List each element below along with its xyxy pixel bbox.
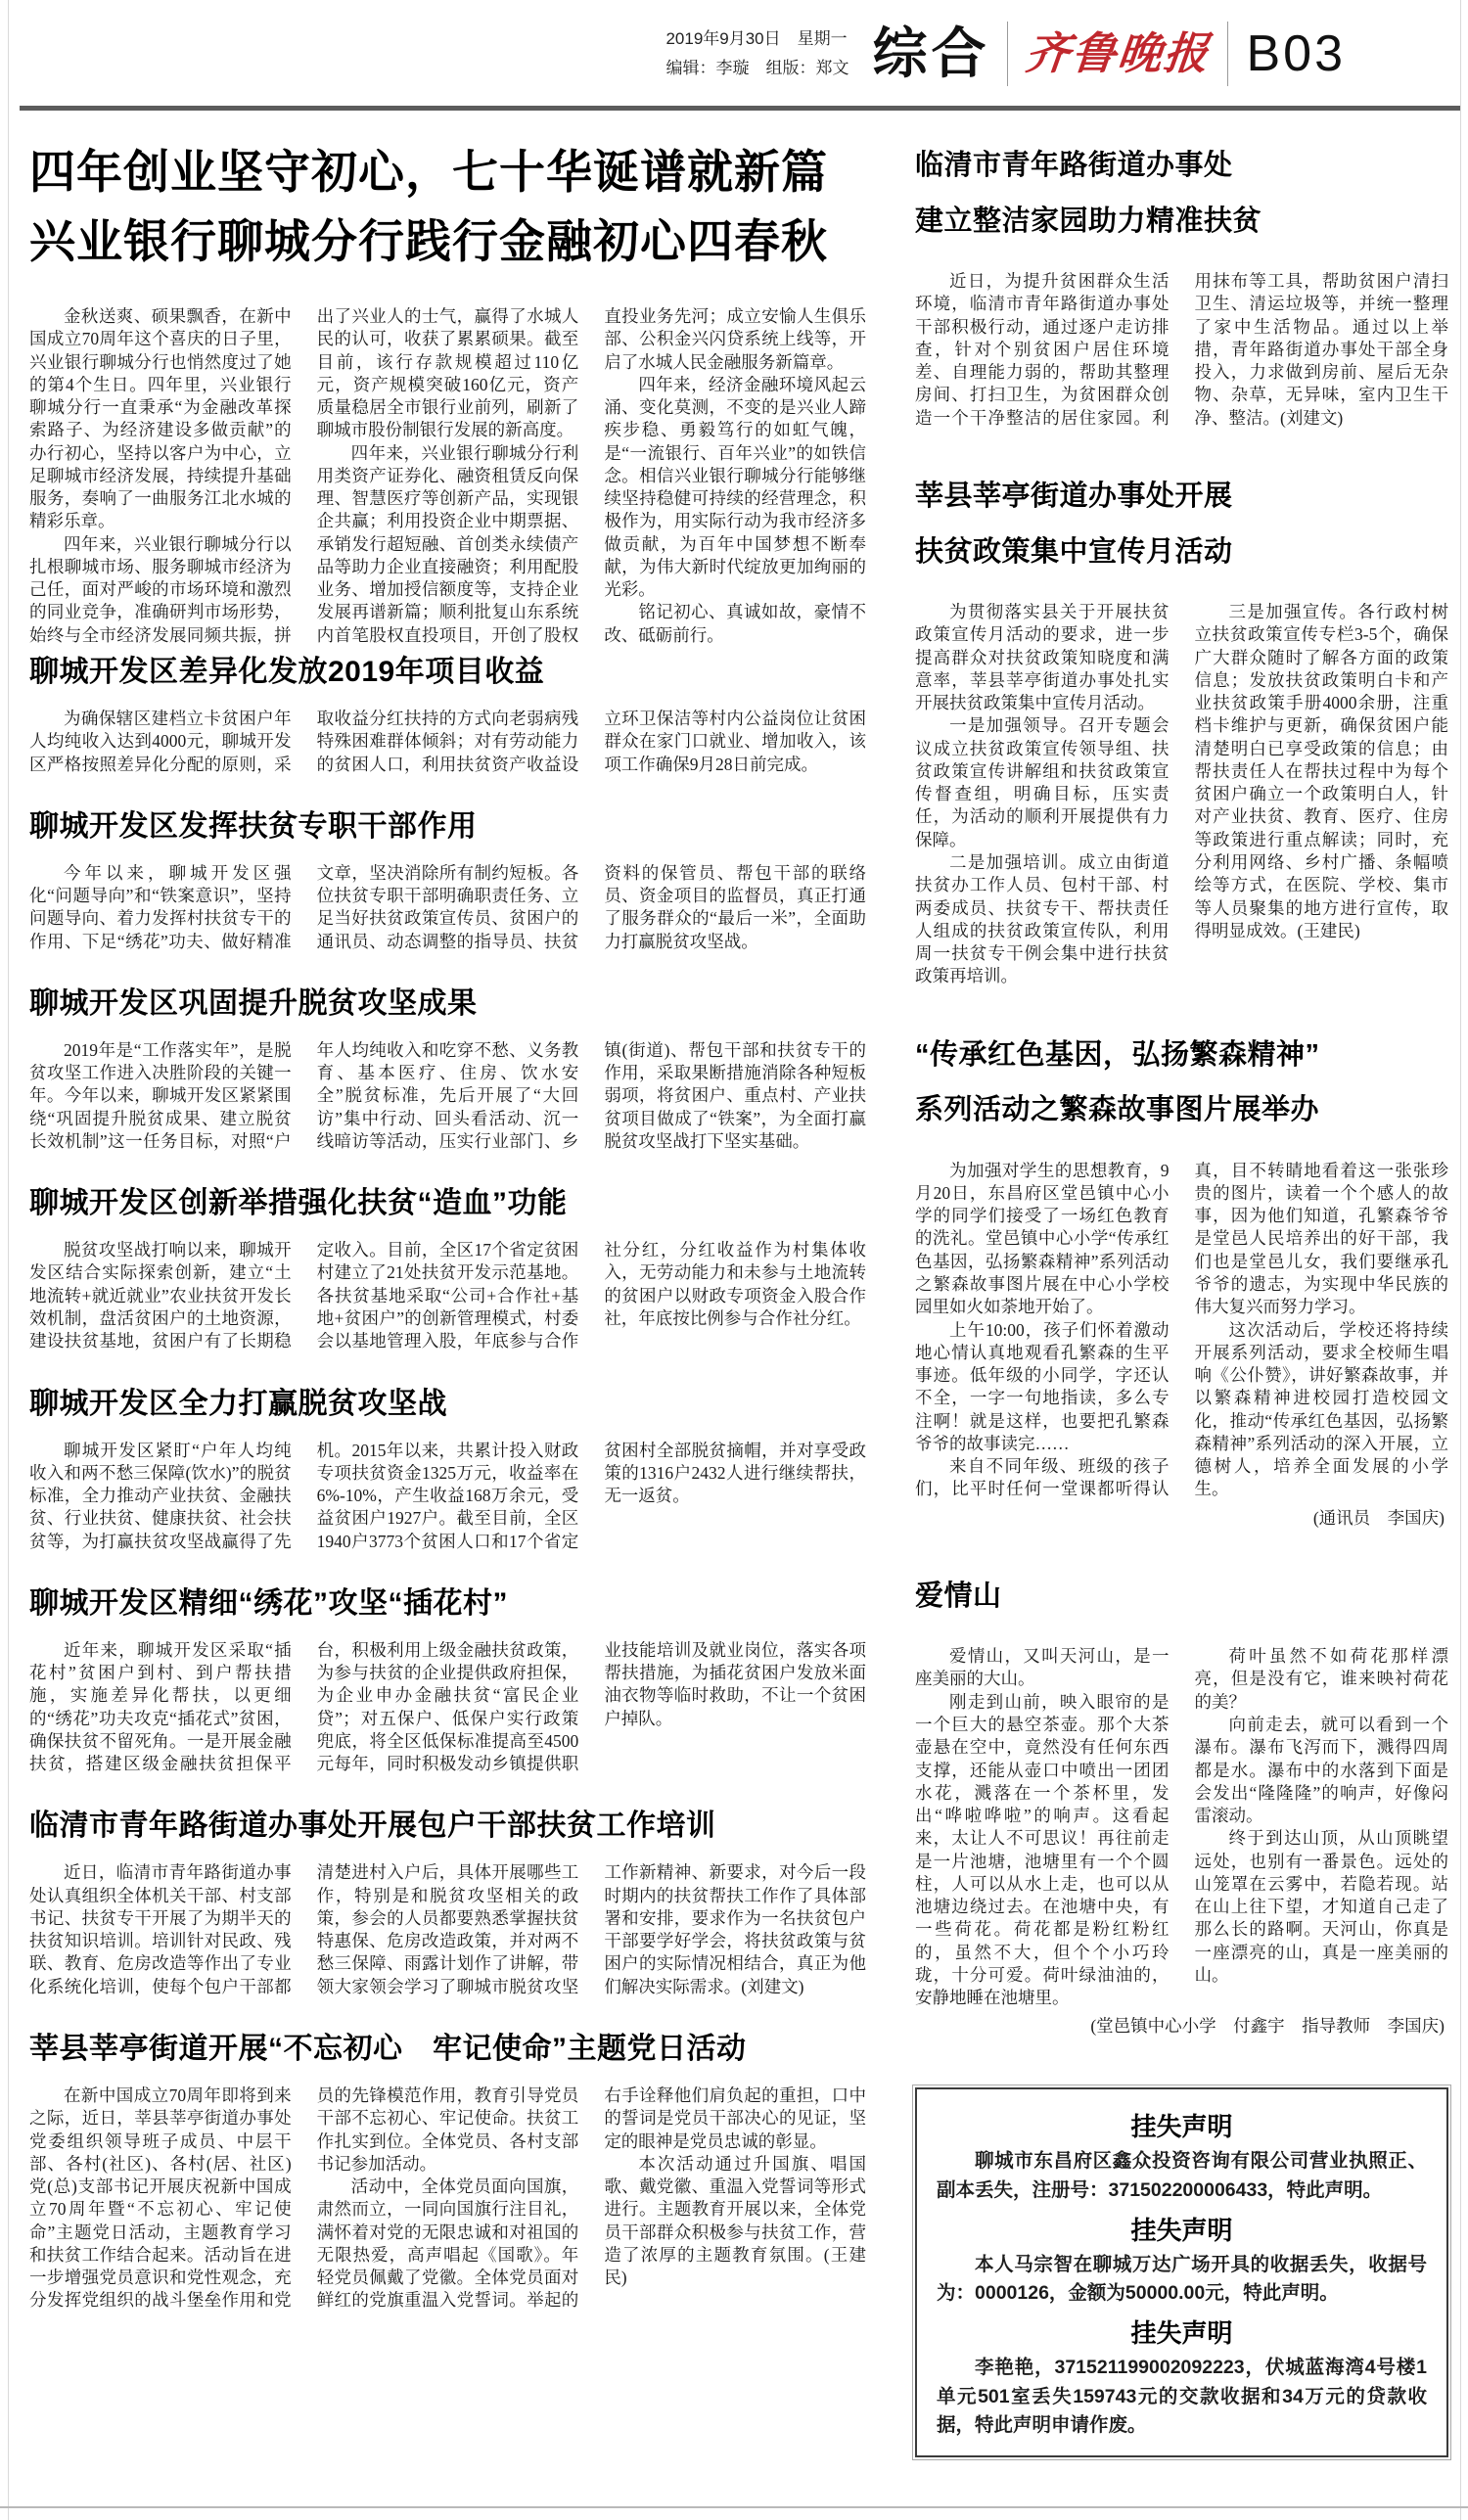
article-title: 莘县莘亭街道开展“不忘初心 牢记使命”主题党日活动: [29, 2024, 866, 2067]
article-embroidery: 聊城开发区精细“绣花”攻坚“插花村” 近年来，聊城开发区采取“插花村”贫困户到村…: [29, 1579, 866, 1776]
article-title-line1: 临清市青年路街道办事处: [915, 138, 1448, 194]
article-body: 为确保辖区建档立卡贫困户年人均纯收入达到4000元，聊城开发区严格按照差异化分配…: [29, 708, 866, 776]
header-divider: [1007, 22, 1008, 86]
article-title: 聊城开发区创新举措强化扶贫“造血”功能: [29, 1178, 866, 1221]
lost-notice-box: 挂失声明聊城市东昌府区鑫众投资咨询有限公司营业执照正、副本丢失，注册号：3715…: [915, 2087, 1448, 2457]
article-title: 爱情山: [915, 1569, 1448, 1625]
article-party-day: 莘县莘亭街道开展“不忘初心 牢记使命”主题党日活动 在新中国成立70周年即将到来…: [29, 2024, 866, 2313]
article-body: 在新中国成立70周年即将到来之际，近日，莘县莘亭街道办事处党委组织领导班子成员、…: [29, 2085, 866, 2313]
article-paragraph: 为加强对学生的思想教育，9月20日，东昌府区堂邑镇中心小学的同学们接受了一场红色…: [915, 1160, 1170, 1319]
left-region: 四年创业坚守初心，七十华诞谱就新篇 兴业银行聊城分行践行金融初心四春秋 金秋送爽…: [29, 138, 866, 2457]
notice-body: 聊城市东昌府区鑫众投资咨询有限公司营业执照正、副本丢失，注册号：37150220…: [937, 2147, 1427, 2205]
lost-notice: 挂失声明聊城市东昌府区鑫众投资咨询有限公司营业执照正、副本丢失，注册号：3715…: [937, 2107, 1427, 2205]
article-paragraph: 铭记初心、真诚如故，豪情不改、砥砺前行。: [604, 601, 866, 647]
page-header: 2019年9月30日 星期一 编辑：李璇 组版：郑文 综合 齐鲁晚报 B03: [0, 0, 1468, 86]
article-body: 今年以来，聊城开发区强化“问题导向”和“铁案意识”，坚持问题导向、着力发挥村扶贫…: [29, 862, 866, 953]
article-paragraph: 向前走去，就可以看到一个瀑布。瀑布飞泻而下，溅得四周都是水。瀑布中的水落到下面是…: [1195, 1714, 1449, 1827]
article-title: 临清市青年路街道办事处开展包户干部扶贫工作培训: [29, 1801, 866, 1844]
article-paragraph: 2019年是“工作落实年”，是脱贫攻坚工作进入决胜阶段的关键一年。今年以来，聊城…: [29, 1039, 866, 1153]
article-title-line2: 建立整洁家园助力精准扶贫: [915, 194, 1448, 250]
page-edge-bottom: [0, 2506, 1468, 2508]
article-title: “传承红色基因，弘扬繁森精神” 系列活动之繁森故事图片展举办: [915, 1028, 1448, 1138]
article-photo-exhibition: “传承红色基因，弘扬繁森精神” 系列活动之繁森故事图片展举办 为加强对学生的思想…: [915, 1028, 1448, 1530]
article-blood-making: 聊城开发区创新举措强化扶贫“造血”功能 脱贫攻坚战打响以来，聊城开发区结合实际探…: [29, 1178, 866, 1352]
article-title: 临清市青年路街道办事处 建立整洁家园助力精准扶贫: [915, 138, 1448, 249]
page-edge-left: [8, 0, 9, 2520]
article-paragraph: 刚走到山前，映入眼帘的是一个巨大的悬空茶壶。那个大茶壶悬在空中，竟然没有任何东西…: [915, 1691, 1170, 2010]
article-lead: 四年创业坚守初心，七十华诞谱就新篇 兴业银行聊城分行践行金融初心四春秋 金秋送爽…: [29, 138, 866, 647]
article-cadre-role: 聊城开发区发挥扶贫专职干部作用 今年以来，聊城开发区强化“问题导向”和“铁案意识…: [29, 802, 866, 953]
lead-headline-line2: 兴业银行聊城分行践行金融初心四春秋: [29, 215, 828, 267]
article-consolidate-results: 聊城开发区巩固提升脱贫攻坚成果 2019年是“工作落实年”，是脱贫攻坚工作进入决…: [29, 979, 866, 1153]
notice-title: 挂失声明: [937, 2211, 1427, 2247]
article-paragraph: 为确保辖区建档立卡贫困户年人均纯收入达到4000元，聊城开发区严格按照差异化分配…: [29, 708, 866, 776]
article-body: 近年来，聊城开发区采取“插花村”贫困户到村、到户帮扶措施，实施差异化帮扶，以更细…: [29, 1639, 866, 1776]
lead-headline: 四年创业坚守初心，七十华诞谱就新篇 兴业银行聊城分行践行金融初心四春秋: [29, 138, 866, 276]
article-body: 近日，临清市青年路街道办事处认真组织全体机关干部、村支部书记、扶贫专干开展了为期…: [29, 1861, 866, 1998]
article-title: 聊城开发区精细“绣花”攻坚“插花村”: [29, 1579, 866, 1622]
article-paragraph: 三是加强宣传。各行政村树立扶贫政策宣传专栏3-5个，确保广大群众随时了解各方面的…: [1195, 601, 1449, 942]
article-body: 聊城开发区紧盯“户年人均纯收入和两不愁三保障(饮水)”的脱贫标准，全力推动产业扶…: [29, 1440, 866, 1553]
section-name: 综合: [872, 26, 989, 81]
article-title: 聊城开发区差异化发放2019年项目收益: [29, 647, 866, 690]
page-content: 四年创业坚守初心，七十华诞谱就新篇 兴业银行聊城分行践行金融初心四春秋 金秋送爽…: [0, 111, 1468, 2457]
article-paragraph: 脱贫攻坚战打响以来，聊城开发区结合实际探索创新，建立“土地流转+就近就业”农业扶…: [29, 1239, 866, 1352]
date-line: 2019年9月30日 星期一: [665, 24, 849, 54]
article-title: 聊城开发区发挥扶贫专职干部作用: [29, 802, 866, 845]
article-paragraph: 本次活动通过升国旗、唱国歌、戴党徽、重温入党誓词等形式进行。主题教育开展以来，全…: [604, 2153, 866, 2290]
header-divider: [1227, 22, 1228, 86]
notice-body: 本人马宗智在聊城万达广场开具的收据丢失，收据号为：0000126，金额为5000…: [937, 2251, 1427, 2309]
article-body: 爱情山，又叫天河山，是一座美丽的大山。刚走到山前，映入眼帘的是一个巨大的悬空茶壶…: [915, 1645, 1448, 2009]
article-paragraph: 金秋送爽、硕果飘香，在新中国成立70周年这个喜庆的日子里，兴业银行聊城分行也悄然…: [29, 305, 292, 533]
masthead-logo: 齐鲁晚报: [1024, 32, 1213, 76]
article-training: 临清市青年路街道办事处开展包户干部扶贫工作培训 近日，临清市青年路街道办事处认真…: [29, 1801, 866, 1998]
article-paragraph: 为贯彻落实县关于开展扶贫政策宣传月活动的要求，进一步提高群众对扶贫政策知晓度和满…: [915, 601, 1170, 714]
staff-line: 编辑：李璇 组版：郑文: [665, 54, 849, 83]
page-edge-right: [1460, 0, 1461, 2520]
article-body: 为贯彻落实县关于开展扶贫政策宣传月活动的要求，进一步提高群众对扶贫政策知晓度和满…: [915, 601, 1448, 988]
article-title-line1: 爱情山: [915, 1569, 1448, 1625]
article-body: 脱贫攻坚战打响以来，聊城开发区结合实际探索创新，建立“土地流转+就近就业”农业扶…: [29, 1239, 866, 1352]
article-love-mountain: 爱情山 爱情山，又叫天河山，是一座美丽的大山。刚走到山前，映入眼帘的是一个巨大的…: [915, 1569, 1448, 2039]
article-paragraph: 今年以来，聊城开发区强化“问题导向”和“铁案意识”，坚持问题导向、着力发挥村扶贫…: [29, 862, 866, 953]
article-paragraph: 上午10:00，孩子们怀着激动地心情认真地观看孔繁森的生平事迹。低年级的小同学，…: [915, 1319, 1170, 1456]
newspaper-page: 2019年9月30日 星期一 编辑：李璇 组版：郑文 综合 齐鲁晚报 B03 四…: [0, 0, 1468, 2520]
lost-notice: 挂失声明本人马宗智在聊城万达广场开具的收据丢失，收据号为：0000126，金额为…: [937, 2211, 1427, 2309]
article-title-line1: 莘县莘亭街道办事处开展: [915, 469, 1448, 525]
article-signature: (堂邑镇中心小学 付鑫宇 指导教师 李国庆): [915, 2013, 1448, 2038]
page-number: B03: [1246, 28, 1346, 79]
article-paragraph: 四年来，经济金融环境风起云涌、变化莫测，不变的是兴业人蹄疾步稳、勇毅笃行的如虹气…: [604, 374, 866, 602]
article-paragraph: 这次活动后，学校还将持续开展系列活动，要求全校师生唱响《公仆赞》，讲好繁森故事，…: [1195, 1319, 1449, 1501]
date-block: 2019年9月30日 星期一 编辑：李璇 组版：郑文: [665, 24, 849, 83]
notice-title: 挂失声明: [937, 2107, 1427, 2143]
article-title-line2: 系列活动之繁森故事图片展举办: [915, 1082, 1448, 1138]
article-paragraph: 近日，临清市青年路街道办事处认真组织全体机关干部、村支部书记、扶贫专干开展了为期…: [29, 1861, 866, 1998]
article-win-battle: 聊城开发区全力打赢脱贫攻坚战 聊城开发区紧盯“户年人均纯收入和两不愁三保障(饮水…: [29, 1379, 866, 1553]
article-body: 2019年是“工作落实年”，是脱贫攻坚工作进入决胜阶段的关键一年。今年以来，聊城…: [29, 1039, 866, 1153]
article-title: 聊城开发区全力打赢脱贫攻坚战: [29, 1379, 866, 1422]
article-paragraph: 近日，为提升贫困群众生活环境，临清市青年路街道办事处干部积极行动，通过逐户走访排…: [915, 270, 1448, 430]
right-region: 临清市青年路街道办事处 建立整洁家园助力精准扶贫 近日，为提升贫困群众生活环境，…: [915, 138, 1448, 2457]
article-title: 莘县莘亭街道办事处开展 扶贫政策集中宣传月活动: [915, 469, 1448, 579]
article-body: 为加强对学生的思想教育，9月20日，东昌府区堂邑镇中心小学的同学们接受了一场红色…: [915, 1160, 1448, 1501]
lead-headline-line1: 四年创业坚守初心，七十华诞谱就新篇: [29, 146, 828, 198]
article-project-income: 聊城开发区差异化发放2019年项目收益 为确保辖区建档立卡贫困户年人均纯收入达到…: [29, 647, 866, 776]
article-paragraph: 终于到达山顶，从山顶眺望远处，也别有一番景色。远处的山笼罩在云雾中，若隐若现。站…: [1195, 1827, 1449, 1987]
article-title-line2: 扶贫政策集中宣传月活动: [915, 525, 1448, 580]
article-body: 近日，为提升贫困群众生活环境，临清市青年路街道办事处干部积极行动，通过逐户走访排…: [915, 270, 1448, 430]
article-paragraph: 二是加强培训。成立由街道扶贫办工作人员、包村干部、村两委成员、扶贫专干、帮扶责任…: [915, 851, 1170, 988]
article-paragraph: 爱情山，又叫天河山，是一座美丽的大山。: [915, 1645, 1170, 1691]
article-clean-home: 临清市青年路街道办事处 建立整洁家园助力精准扶贫 近日，为提升贫困群众生活环境，…: [915, 138, 1448, 430]
article-paragraph: 近年来，聊城开发区采取“插花村”贫困户到村、到户帮扶措施，实施差异化帮扶，以更细…: [29, 1639, 866, 1776]
article-paragraph: 荷叶虽然不如荷花那样漂亮，但是没有它，谁来映衬荷花的美？: [1195, 1645, 1449, 1714]
lost-notice: 挂失声明李艳艳，371521199002092223，伏城蓝海湾4号楼1单元50…: [937, 2314, 1427, 2440]
notice-body: 李艳艳，371521199002092223，伏城蓝海湾4号楼1单元501室丢失…: [937, 2354, 1427, 2440]
article-paragraph: 一是加强领导。召开专题会议成立扶贫政策宣传领导组、扶贫政策宣传讲解组和扶贫政策宣…: [915, 714, 1170, 851]
notice-title: 挂失声明: [937, 2314, 1427, 2350]
lead-body: 金秋送爽、硕果飘香，在新中国成立70周年这个喜庆的日子里，兴业银行聊城分行也悄然…: [29, 305, 866, 647]
article-policy-month: 莘县莘亭街道办事处开展 扶贫政策集中宣传月活动 为贯彻落实县关于开展扶贫政策宣传…: [915, 469, 1448, 988]
article-title: 聊城开发区巩固提升脱贫攻坚成果: [29, 979, 866, 1022]
article-signature: (通讯员 李国庆): [915, 1505, 1448, 1530]
article-paragraph: 聊城开发区紧盯“户年人均纯收入和两不愁三保障(饮水)”的脱贫标准，全力推动产业扶…: [29, 1440, 866, 1553]
article-title-line1: “传承红色基因，弘扬繁森精神”: [915, 1028, 1448, 1083]
